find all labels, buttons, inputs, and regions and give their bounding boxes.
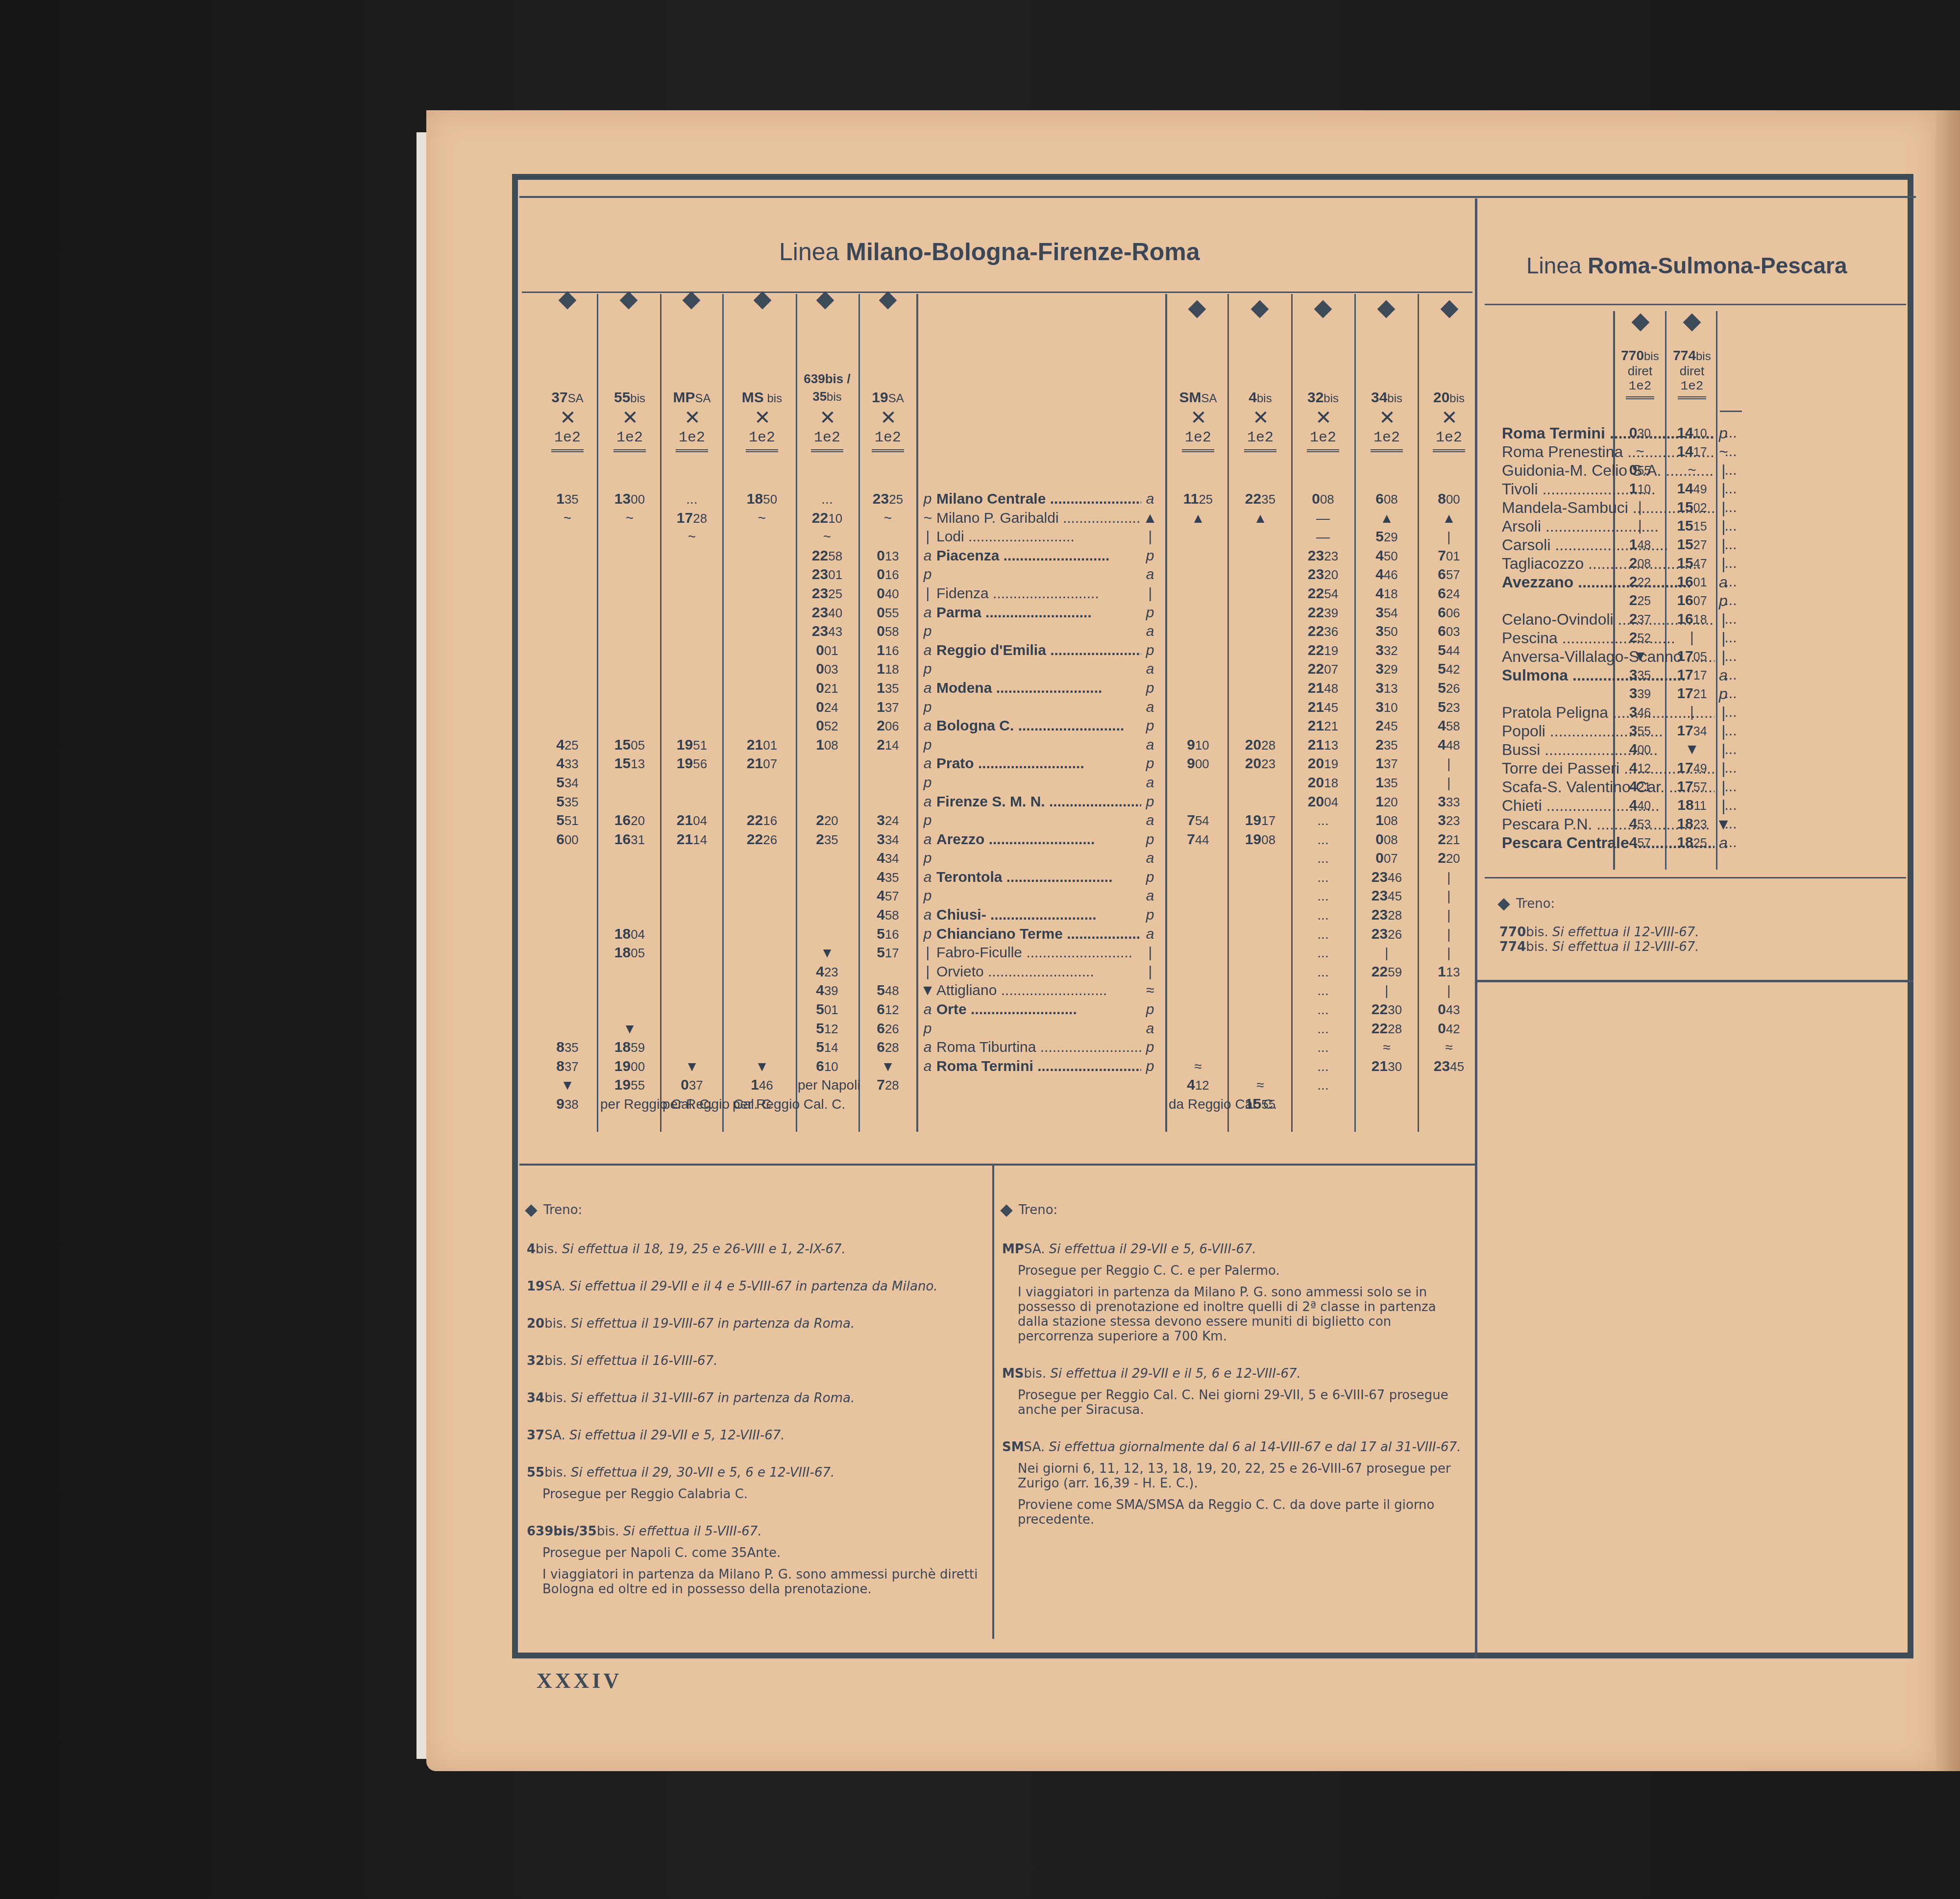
- class-label: 1e2: [1626, 379, 1655, 399]
- time-cell: per Napoli: [798, 1076, 857, 1095]
- time-cell: [1169, 774, 1227, 793]
- time-cell: 137: [1357, 755, 1416, 774]
- time-cell: [1169, 925, 1227, 944]
- time-cell: [538, 981, 597, 1000]
- time-cell: 512: [798, 1020, 857, 1039]
- train-header-20bis: 20bis ✕ 1e2: [1420, 390, 1478, 452]
- time-cell: 800: [1420, 490, 1478, 509]
- time-cell: 113: [1420, 963, 1478, 982]
- station-name: Prato ..........................: [936, 755, 1141, 774]
- sleeper-car-icon: ✕: [1231, 406, 1290, 430]
- time-cell: [538, 906, 597, 925]
- rs-times-774bis: 14101417~1449150215151527154716011607161…: [1665, 424, 1719, 852]
- time-cell: 435: [858, 868, 917, 887]
- time-cell: 148: [1613, 536, 1667, 554]
- time-cell: [538, 660, 597, 679]
- time-cell: [858, 755, 917, 774]
- time-cell: [1169, 565, 1227, 584]
- time-cell: [1231, 1020, 1290, 1039]
- time-cell: [538, 604, 597, 623]
- time-cell: [1231, 660, 1290, 679]
- footnote-header: Treno:: [1516, 897, 1555, 911]
- time-cell: 1527: [1665, 536, 1719, 554]
- diamond-icon: [1497, 898, 1510, 910]
- time-cell: ...: [1294, 1076, 1352, 1095]
- time-cell: 457: [858, 887, 917, 906]
- station-row: pa: [919, 811, 1159, 830]
- col-sep: [1227, 294, 1229, 1132]
- time-cell: [600, 868, 659, 887]
- time-cell: ...: [1716, 815, 1745, 833]
- time-cell: [600, 565, 659, 584]
- time-cell: ...: [1716, 591, 1745, 610]
- time-cell: 2323: [1294, 547, 1352, 566]
- time-cell: [1169, 793, 1227, 812]
- time-cell: [733, 565, 791, 584]
- time-cell: [662, 793, 721, 812]
- time-cell: 120: [1357, 793, 1416, 812]
- time-cell: [733, 1020, 791, 1039]
- time-cell: 1618: [1665, 610, 1719, 629]
- time-cell: 055: [858, 604, 917, 623]
- time-cell: 237: [1613, 610, 1667, 629]
- time-cell: 235: [1357, 736, 1416, 755]
- time-cell: 514: [798, 1038, 857, 1057]
- time-cell: da Reggio Cal. C.: [1169, 1095, 1227, 1114]
- time-cell: 606: [1420, 604, 1478, 623]
- time-cell: [1231, 528, 1290, 547]
- time-cell: 657: [1420, 565, 1478, 584]
- time-cell: 220: [798, 811, 857, 830]
- time-cell: [858, 774, 917, 793]
- time-cell: 1804: [600, 925, 659, 944]
- times-column-34bis: 608▲529450446418354350332329313310245235…: [1357, 490, 1416, 1076]
- time-cell: 2230: [1357, 1000, 1416, 1020]
- time-cell: 2216: [733, 811, 791, 830]
- time-cell: [733, 868, 791, 887]
- time-cell: 1417: [1665, 442, 1719, 461]
- time-cell: 400: [1613, 740, 1667, 759]
- time-cell: 2107: [733, 755, 791, 774]
- time-cell: [662, 1020, 721, 1039]
- time-cell: [600, 717, 659, 736]
- divider-header-right: [1485, 304, 1906, 305]
- time-cell: [733, 584, 791, 604]
- station-row: aBologna C. ..........................p: [919, 717, 1159, 736]
- time-cell: [1231, 679, 1290, 698]
- station-row: aChiusi- ..........................p: [919, 906, 1159, 925]
- time-cell: 1705: [1665, 647, 1719, 666]
- time-cell: ...: [1716, 778, 1745, 796]
- time-cell: 2023: [1231, 755, 1290, 774]
- time-cell: [1231, 604, 1290, 623]
- station-name: Attigliano ..........................: [936, 981, 1141, 1000]
- times-column-20bis: 800▲|701657624606603544542526523458448||…: [1420, 490, 1478, 1076]
- time-cell: [733, 679, 791, 698]
- time-cell: [1169, 868, 1227, 887]
- station-row: pa: [919, 736, 1159, 755]
- time-cell: ~: [538, 509, 597, 528]
- station-list: pMilano Centrale .......................…: [919, 490, 1159, 1076]
- time-cell: [600, 906, 659, 925]
- time-cell: 551: [538, 811, 597, 830]
- time-cell: [798, 868, 857, 887]
- time-cell: ≈: [1357, 1038, 1416, 1057]
- time-cell: 1734: [1665, 722, 1719, 740]
- time-cell: [1169, 1038, 1227, 1057]
- time-cell: 2101: [733, 736, 791, 755]
- times-column-MPSA: ...1728~1951195621042114▼037per Reggio C…: [662, 490, 721, 1114]
- time-cell: |: [1357, 981, 1416, 1000]
- time-cell: 1900: [600, 1057, 659, 1076]
- time-cell: [1231, 1000, 1290, 1020]
- time-cell: 1513: [600, 755, 659, 774]
- time-cell: [600, 774, 659, 793]
- times-column-32bis: 008——23232320225422392236221922072148214…: [1294, 490, 1352, 1095]
- time-cell: ≈: [1231, 1076, 1290, 1095]
- sleeper-car-icon: ✕: [1169, 406, 1227, 430]
- time-cell: ...: [1716, 424, 1745, 442]
- time-cell: 608: [1357, 490, 1416, 509]
- station-row: pa: [919, 622, 1159, 641]
- time-cell: |: [1420, 528, 1478, 547]
- time-cell: 135: [538, 490, 597, 509]
- time-cell: [1169, 849, 1227, 868]
- time-cell: [1231, 963, 1290, 982]
- time-cell: ...: [1294, 868, 1352, 887]
- time-cell: [1231, 774, 1290, 793]
- time-cell: 1825: [1665, 833, 1719, 852]
- time-cell: [733, 698, 791, 717]
- station-row: pMilano Centrale .......................…: [919, 490, 1159, 509]
- sleeper-car-icon: ✕: [538, 406, 597, 430]
- time-cell: 1717: [1665, 666, 1719, 684]
- time-cell: [538, 963, 597, 982]
- time-cell: 2019: [1294, 755, 1352, 774]
- time-cell: [733, 660, 791, 679]
- time-cell: 220: [1420, 849, 1478, 868]
- time-cell: 037: [662, 1076, 721, 1095]
- time-cell: [733, 1038, 791, 1057]
- time-cell: [733, 944, 791, 963]
- time-cell: 003: [798, 660, 857, 679]
- time-cell: 450: [1357, 547, 1416, 566]
- time-cell: 118: [858, 660, 917, 679]
- time-cell: 1956: [662, 755, 721, 774]
- time-cell: [798, 793, 857, 812]
- time-cell: ▼: [538, 1076, 597, 1095]
- time-cell: 534: [538, 774, 597, 793]
- time-cell: per Reggio Cal. C.: [733, 1095, 791, 1114]
- time-cell: 2236: [1294, 622, 1352, 641]
- time-cell: 728: [858, 1076, 917, 1095]
- station-name: Piacenza ..........................: [936, 547, 1141, 566]
- time-cell: [1231, 887, 1290, 906]
- time-cell: ...: [1294, 887, 1352, 906]
- time-cell: 1805: [600, 944, 659, 963]
- train-header-4bis: 4bis ✕ 1e2: [1231, 390, 1290, 452]
- time-cell: [1231, 547, 1290, 566]
- time-cell: [600, 547, 659, 566]
- time-cell: [538, 622, 597, 641]
- time-cell: 2018: [1294, 774, 1352, 793]
- time-cell: [662, 679, 721, 698]
- time-cell: 2325: [858, 490, 917, 509]
- time-cell: [733, 906, 791, 925]
- train-header-37SA: 37SA ✕ 1e2: [538, 390, 597, 452]
- station-name: [936, 736, 1141, 755]
- time-cell: [538, 1020, 597, 1039]
- time-cell: 542: [1420, 660, 1478, 679]
- station-name: Terontola ..........................: [936, 868, 1141, 887]
- station-name: Firenze S. M. N. .......................…: [936, 793, 1141, 812]
- time-cell: 600: [538, 830, 597, 850]
- time-cell: ...: [1716, 629, 1745, 647]
- time-cell: per Reggio Cal. C.: [600, 1095, 659, 1114]
- time-cell: [1169, 660, 1227, 679]
- time-cell: 421: [1613, 778, 1667, 796]
- time-cell: 222: [1613, 573, 1667, 591]
- time-cell: [600, 679, 659, 698]
- station-name: [936, 565, 1141, 584]
- time-cell: 1410: [1665, 424, 1719, 442]
- time-cell: [1231, 622, 1290, 641]
- station-row: aRoma Tiburtina ........................…: [919, 1038, 1159, 1057]
- time-cell: [1231, 849, 1290, 868]
- station-row: aArezzo ..........................p: [919, 830, 1159, 850]
- time-cell: 701: [1420, 547, 1478, 566]
- time-cell: 900: [1169, 755, 1227, 774]
- time-cell: 135: [1357, 774, 1416, 793]
- time-cell: 2121: [1294, 717, 1352, 736]
- station-name: Chiusi- ..........................: [936, 906, 1141, 925]
- time-cell: 446: [1357, 565, 1416, 584]
- time-cell: 2259: [1357, 963, 1416, 982]
- time-cell: ~: [1665, 461, 1719, 480]
- time-cell: 2028: [1231, 736, 1290, 755]
- time-cell: [1231, 698, 1290, 717]
- divider-footnotes-top: [519, 1164, 1475, 1166]
- time-cell: 116: [858, 641, 917, 660]
- time-cell: ...: [1294, 906, 1352, 925]
- time-cell: ...: [1294, 830, 1352, 850]
- time-cell: 1955: [600, 1076, 659, 1095]
- time-cell: ▼: [600, 1020, 659, 1039]
- footnote-item: MSbis. Si effettua il 29-VII e il 5, 6 e…: [1002, 1366, 1468, 1417]
- title-route: Milano-Bologna-Firenze-Roma: [846, 238, 1200, 266]
- station-row: pa: [919, 698, 1159, 717]
- time-cell: [600, 660, 659, 679]
- time-cell: ...: [798, 490, 857, 509]
- time-cell: [733, 1000, 791, 1020]
- time-cell: 439: [798, 981, 857, 1000]
- rs-footnotes: Treno: 770bis. Si effettua il 12-VIII-67…: [1499, 897, 1891, 954]
- time-cell: [1231, 565, 1290, 584]
- time-cell: 938: [538, 1095, 597, 1114]
- divider-right-footnote: [1485, 877, 1906, 878]
- time-cell: [1169, 547, 1227, 566]
- time-cell: 501: [798, 1000, 857, 1020]
- station-name: [936, 622, 1141, 641]
- time-cell: [662, 774, 721, 793]
- sleeper-car-icon: ✕: [733, 406, 791, 430]
- time-cell: 1547: [1665, 554, 1719, 573]
- train-header-32bis: 32bis ✕ 1e2: [1294, 390, 1352, 452]
- times-column-37SA: 135~425433534535551600835837▼938: [538, 490, 597, 1114]
- footnote-item: 32bis. Si effettua il 16-VIII-67.: [527, 1354, 987, 1368]
- time-cell: 030: [1613, 424, 1667, 442]
- time-cell: [538, 868, 597, 887]
- time-cell: 2328: [1357, 906, 1416, 925]
- time-cell: 332: [1357, 641, 1416, 660]
- page-edge: [1935, 110, 1960, 1771]
- title-route: Roma-Sulmona-Pescara: [1588, 253, 1847, 278]
- time-cell: 235: [798, 830, 857, 850]
- station-row: pa: [919, 565, 1159, 584]
- time-cell: 1721: [1665, 684, 1719, 703]
- time-cell: [600, 963, 659, 982]
- class-label: 1e2: [1433, 430, 1465, 452]
- time-cell: —: [1294, 528, 1352, 547]
- time-cell: ▲: [1420, 509, 1478, 528]
- station-name: Modena ..........................: [936, 679, 1141, 698]
- header-double-rule: [1720, 411, 1742, 412]
- time-cell: [662, 906, 721, 925]
- time-cell: [733, 849, 791, 868]
- time-cell: [600, 793, 659, 812]
- time-cell: 001: [798, 641, 857, 660]
- time-cell: [600, 698, 659, 717]
- train-header-MPSA: MPSA ✕ 1e2: [662, 390, 721, 452]
- time-cell: 016: [858, 565, 917, 584]
- footnote-item: MPSA. Si effettua il 29-VII e 5, 6-VIII-…: [1002, 1242, 1468, 1344]
- class-label: 1e2: [1307, 430, 1339, 452]
- time-cell: ...: [1716, 480, 1745, 498]
- time-cell: [662, 1038, 721, 1057]
- class-label: 1e2: [1371, 430, 1403, 452]
- train-header-34bis: 34bis ✕ 1e2: [1357, 390, 1416, 452]
- col-sep: [796, 294, 797, 1132]
- time-cell: [662, 660, 721, 679]
- station-row: aFirenze S. M. N. ......................…: [919, 793, 1159, 812]
- time-cell: 2145: [1294, 698, 1352, 717]
- train-header-774bis: 774bis diret 1e2: [1665, 348, 1719, 399]
- time-cell: 007: [1357, 849, 1416, 868]
- time-cell: [733, 963, 791, 982]
- time-cell: 412: [1169, 1076, 1227, 1095]
- station-name: [936, 660, 1141, 679]
- time-cell: 108: [1357, 811, 1416, 830]
- time-cell: [538, 887, 597, 906]
- col-sep: [1165, 294, 1167, 1132]
- time-cell: [1231, 868, 1290, 887]
- left-line-title: Linea Milano-Bologna-Firenze-Roma: [779, 238, 1200, 266]
- time-cell: ...: [1294, 1038, 1352, 1057]
- time-cell: ≈: [1169, 1057, 1227, 1076]
- time-cell: [858, 963, 917, 982]
- time-cell: ~: [1613, 442, 1667, 461]
- time-cell: 2219: [1294, 641, 1352, 660]
- time-cell: 744: [1169, 830, 1227, 850]
- time-cell: [733, 925, 791, 944]
- time-cell: [600, 849, 659, 868]
- time-cell: 1728: [662, 509, 721, 528]
- time-cell: [662, 717, 721, 736]
- time-cell: [1231, 1038, 1290, 1057]
- time-cell: 008: [1294, 490, 1352, 509]
- footnote-item: 37SA. Si effettua il 29-VII e 5, 12-VIII…: [527, 1428, 987, 1443]
- time-cell: [662, 547, 721, 566]
- time-cell: 350: [1357, 622, 1416, 641]
- station-row: aTerontola ..........................p: [919, 868, 1159, 887]
- time-cell: [1169, 981, 1227, 1000]
- time-cell: ...: [1294, 811, 1352, 830]
- footnote-item: 639bis/35bis. Si effettua il 5-VIII-67.P…: [527, 1524, 987, 1597]
- time-cell: [1231, 641, 1290, 660]
- time-cell: ...: [1716, 461, 1745, 480]
- footnote-item: SMSA. Si effettua giornalmente dal 6 al …: [1002, 1440, 1468, 1527]
- time-cell: 1502: [1665, 498, 1719, 517]
- time-cell: [538, 528, 597, 547]
- time-cell: 354: [1357, 604, 1416, 623]
- col-sep: [1354, 294, 1356, 1132]
- footnotes-right: Treno:MPSA. Si effettua il 29-VII e 5, 6…: [1002, 1203, 1468, 1550]
- time-cell: 2148: [1294, 679, 1352, 698]
- diamond-icon: [525, 1204, 537, 1217]
- time-cell: 2130: [1357, 1057, 1416, 1076]
- train-header-SMSA: SMSA ✕ 1e2: [1169, 390, 1227, 452]
- time-cell: [798, 774, 857, 793]
- time-cell: |: [1420, 887, 1478, 906]
- station-name: [936, 1020, 1141, 1039]
- station-name: Arezzo ..........................: [936, 830, 1141, 850]
- time-cell: [538, 698, 597, 717]
- station-row: aRoma Termini ..........................…: [919, 1057, 1159, 1076]
- time-cell: [1169, 906, 1227, 925]
- time-cell: 1859: [600, 1038, 659, 1057]
- time-cell: 055: [1613, 461, 1667, 480]
- time-cell: ~: [798, 528, 857, 547]
- time-cell: 2207: [1294, 660, 1352, 679]
- time-cell: ~: [662, 528, 721, 547]
- station-row: aParma ..........................p: [919, 604, 1159, 623]
- station-row: pChianciano Terme ......................…: [919, 925, 1159, 944]
- time-cell: |: [1357, 944, 1416, 963]
- time-cell: 1300: [600, 490, 659, 509]
- time-cell: 624: [1420, 584, 1478, 604]
- time-cell: [662, 981, 721, 1000]
- time-cell: 1951: [662, 736, 721, 755]
- time-cell: 440: [1613, 796, 1667, 815]
- time-cell: per Reggio Cal. C: [662, 1095, 721, 1114]
- time-cell: 043: [1420, 1000, 1478, 1020]
- time-cell: [662, 641, 721, 660]
- time-cell: ...: [1716, 759, 1745, 778]
- time-cell: 448: [1420, 736, 1478, 755]
- time-cell: |: [1613, 517, 1667, 536]
- time-cell: 2345: [1420, 1057, 1478, 1076]
- time-cell: ...: [1294, 963, 1352, 982]
- time-cell: [662, 584, 721, 604]
- station-name: Bologna C. ..........................: [936, 717, 1141, 736]
- time-cell: ▲: [1169, 509, 1227, 528]
- time-cell: ...: [1716, 796, 1745, 815]
- footnote-item: 34bis. Si effettua il 31-VIII-67 in part…: [527, 1391, 987, 1406]
- class-label: 1e2: [551, 430, 584, 452]
- time-cell: [1231, 1057, 1290, 1076]
- station-row: |Fidenza ..........................|: [919, 584, 1159, 604]
- time-cell: [538, 717, 597, 736]
